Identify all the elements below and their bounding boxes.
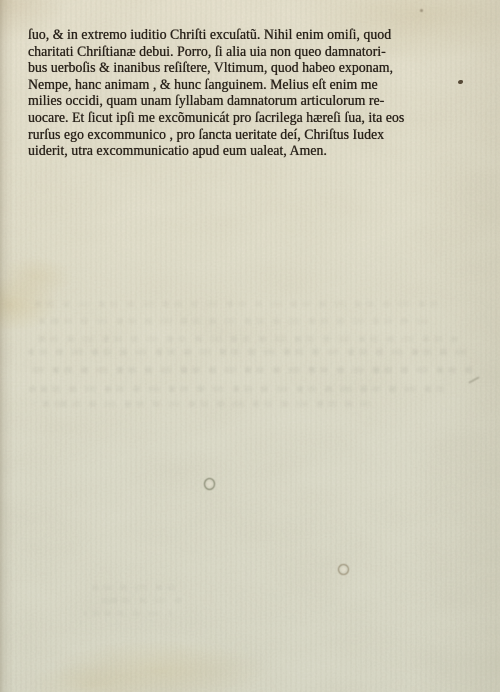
- wormhole-spot: [338, 564, 349, 575]
- text-line: Nempe, hanc animam , & hunc ſanguinem. M…: [28, 77, 437, 94]
- text-line: bus uerboſis & inanibus reſiſtere, Vltim…: [28, 60, 437, 77]
- show-through-line: [30, 367, 478, 373]
- printed-text-block: ſuo, & in extremo iuditio Chriſti excuſa…: [28, 27, 437, 160]
- book-page: ſuo, & in extremo iuditio Chriſti excuſa…: [0, 0, 500, 692]
- paper-scratch: [468, 376, 480, 383]
- paper-speck: [420, 9, 423, 12]
- ink-speck: [458, 80, 463, 84]
- show-through-line: [36, 318, 434, 324]
- show-through-line: [30, 336, 458, 342]
- text-line: milies occidi, quam unam ſyllabam damnat…: [28, 93, 437, 110]
- wormhole-spot: [204, 478, 215, 490]
- text-line: uocare. Et ſicut ipſi me excõmunicát pro…: [28, 110, 437, 127]
- text-line: rurſus ego excommunico , pro ſancta ueri…: [28, 127, 437, 144]
- show-through-line: [28, 349, 468, 355]
- show-through-mark: [92, 585, 184, 590]
- show-through-mark: [84, 611, 172, 616]
- show-through-line: [32, 301, 444, 307]
- show-through-mark: [100, 598, 184, 603]
- text-line: charitati Chriſtianæ debui. Porro, ſi al…: [28, 44, 437, 61]
- show-through-line: [32, 401, 370, 407]
- text-line: uiderit, utra excommunicatio apud eum ua…: [28, 143, 437, 160]
- text-line: ſuo, & in extremo iuditio Chriſti excuſa…: [28, 27, 437, 44]
- show-through-line: [28, 386, 452, 392]
